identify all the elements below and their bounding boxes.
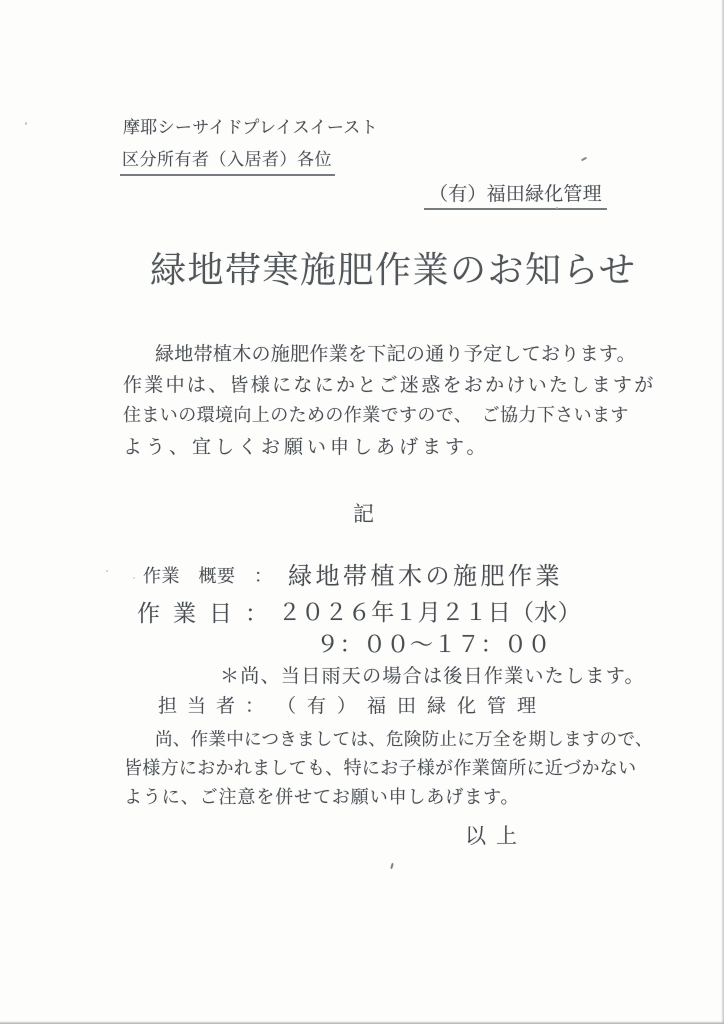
work-overview-value: 緑地帯植木の施肥作業 xyxy=(288,563,563,591)
recipient-addressees: 区分所有者（入居者）各位 xyxy=(122,151,332,171)
sender-underline xyxy=(424,208,607,210)
end-marker: 以上 xyxy=(465,824,527,848)
record-marker: 記 xyxy=(353,502,374,526)
recipient-building-name: 摩耶シーサイドプレイスイースト xyxy=(123,119,378,139)
sender-company-name: （有）福田緑化管理 xyxy=(429,184,602,206)
scan-speck xyxy=(581,157,587,162)
scan-speck xyxy=(556,207,558,209)
work-time-value: ９：００～１７：００ xyxy=(316,632,551,658)
rain-postponement-note: ＊尚、当日雨天の場合は後日作業いたします。 xyxy=(220,666,645,688)
scan-speck xyxy=(25,122,28,126)
scan-speck xyxy=(106,570,108,572)
work-date-value: ２０２６年１月２１日（水） xyxy=(278,600,581,626)
closing-line-3: ように、ご注意を併せてお願い申しあげます。 xyxy=(124,788,519,809)
closing-line-1: 尚、作業中につきましては、危険防止に万全を期しますので、 xyxy=(155,730,653,750)
work-overview-label: 作業 概要 ： xyxy=(143,567,273,588)
recipient-underline xyxy=(120,174,335,176)
scan-speck xyxy=(133,577,135,579)
scanned-notice-document: 摩耶シーサイドプレイスイースト 区分所有者（入居者）各位 （有）福田緑化管理 緑… xyxy=(0,0,724,1024)
scan-speck xyxy=(390,863,394,869)
intro-line-1: 緑地帯植木の施肥作業を下記の通り予定しております。 xyxy=(155,344,636,366)
staff-label: 担当者： xyxy=(158,696,274,718)
closing-line-2: 皆様方におかれましても、特にお子様が作業箇所に近づかない xyxy=(124,759,636,780)
document-title: 緑地帯寒施肥作業のお知らせ xyxy=(150,250,636,291)
intro-line-3: 住まいの環境向上のための作業ですので、 ご協力下さいます xyxy=(123,406,629,427)
intro-line-4: よう、宜しくお願い申しあげます。 xyxy=(123,437,489,459)
work-date-label: 作業日： xyxy=(137,601,281,627)
intro-line-2: 作業中は、皆様になにかとご迷惑をおかけいたしますが xyxy=(123,375,656,397)
staff-value: （有）福田緑化管理 xyxy=(277,696,547,718)
